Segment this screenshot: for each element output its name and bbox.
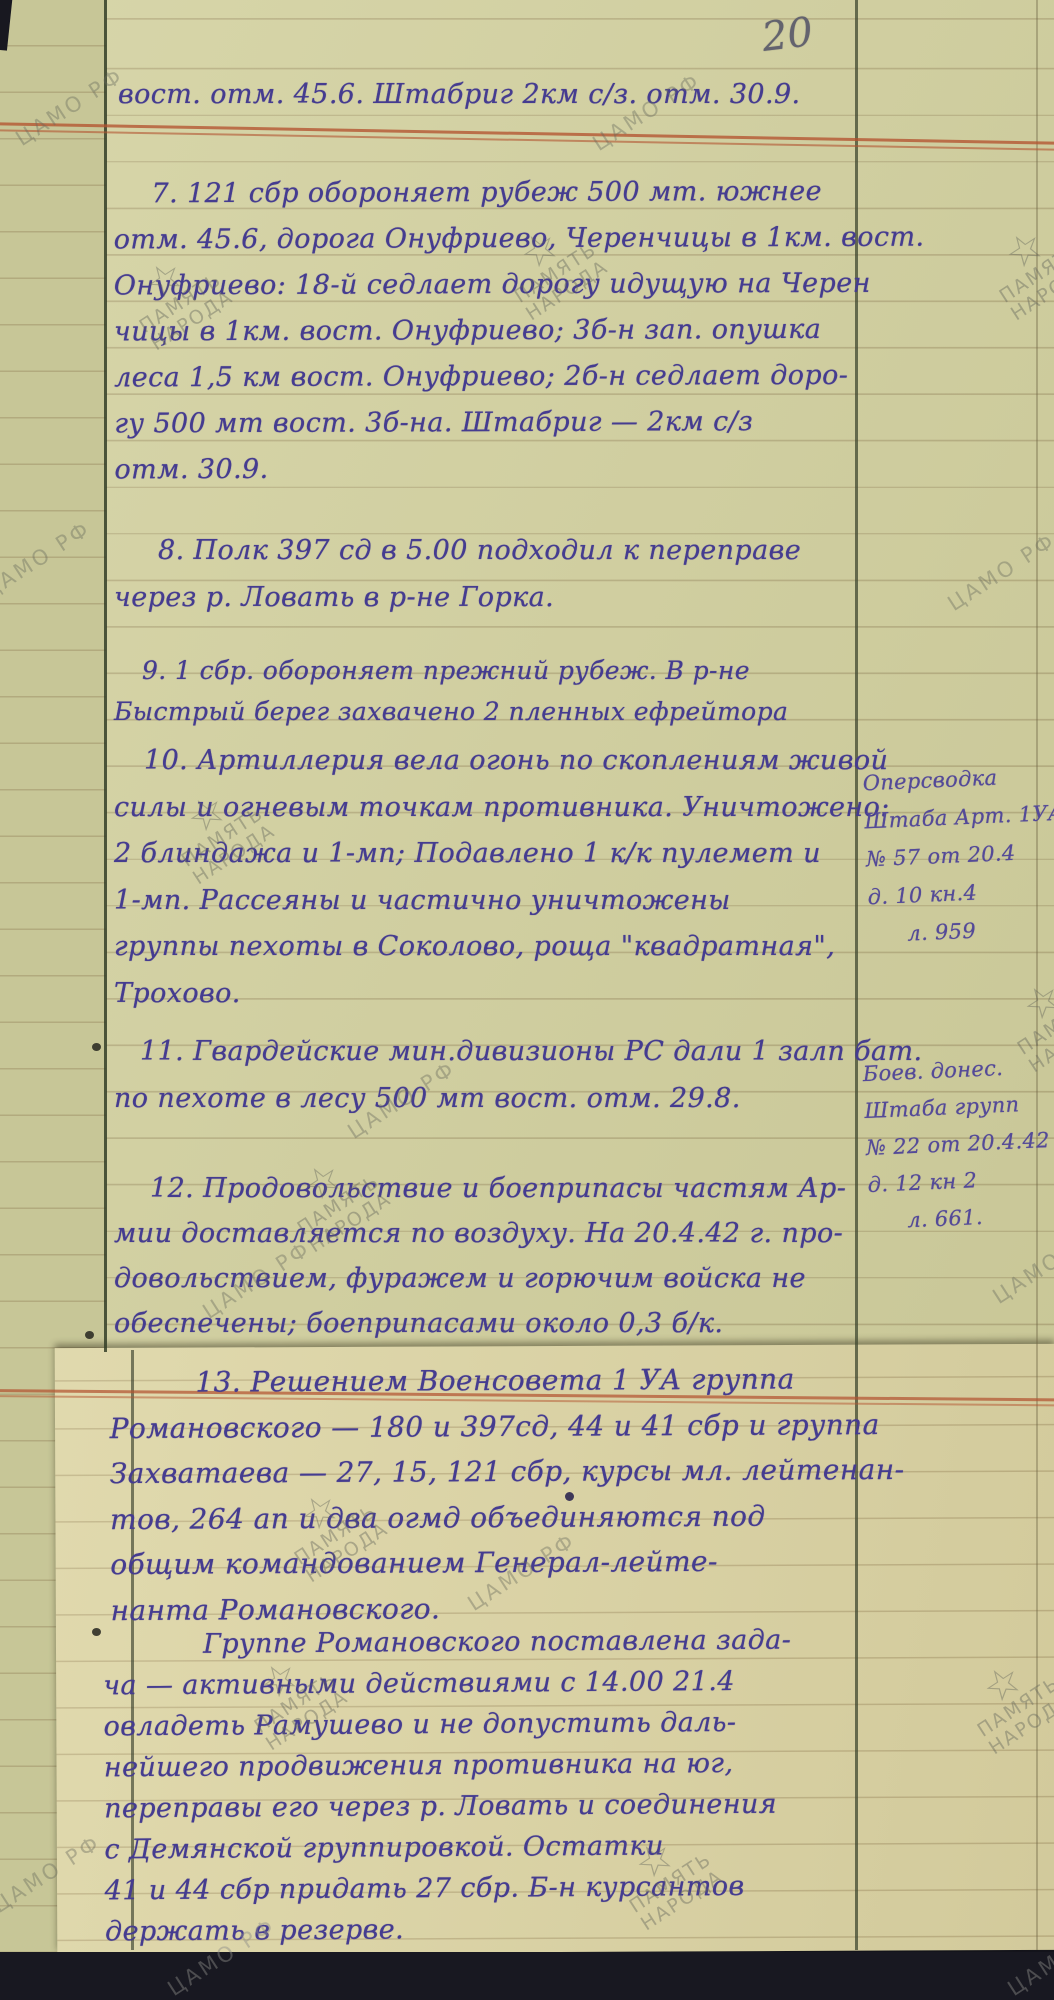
scanner-background-band xyxy=(0,1952,1054,2000)
paragraph-8: 8. Полк 397 сд в 5.00 подходил к перепра… xyxy=(114,527,801,621)
handwritten-line: ча — активными действиями с 14.00 21.4 xyxy=(103,1661,791,1707)
punch-hole xyxy=(92,1628,101,1636)
handwritten-line: переправы его через р. Ловать и соединен… xyxy=(104,1784,792,1830)
handwritten-line: Захватаева — 27, 15, 121 сбр, курсы мл. … xyxy=(110,1447,905,1497)
handwritten-line: леса 1,5 км вост. Онуфриево; 2б-н седлае… xyxy=(114,353,925,402)
handwritten-line: гу 500 мт вост. 3б-на. Штабриг — 2км с/з xyxy=(114,399,925,448)
gutter-rule-line xyxy=(104,0,107,1352)
handwritten-line: чицы в 1км. вост. Онуфриево; 3б-н зап. о… xyxy=(114,307,925,356)
handwritten-line: через р. Ловать в р-не Горка. xyxy=(114,574,801,621)
handwritten-line: 11. Гвардейские мин.дивизионы РС дали 1 … xyxy=(114,1028,923,1075)
margin-note-source-2: Боев. донес. Штаба групп № 22 от 20.4.42… xyxy=(862,1048,1054,1241)
handwritten-line: овладеть Рамушево и не допустить даль- xyxy=(103,1702,791,1748)
paragraph-7: 7. 121 сбр обороняет рубеж 500 мт. южнее… xyxy=(113,169,925,494)
scanned-document-page: 20 вост. отм. 45.6. Штабриг 2км с/з. отм… xyxy=(0,0,1054,2000)
handwritten-line: 7. 121 сбр обороняет рубеж 500 мт. южнее xyxy=(113,169,924,218)
handwritten-line: 1-мп. Рассеяны и частично уничтожены xyxy=(114,878,890,925)
page-number: 20 xyxy=(759,9,815,61)
margin-note-source-1: Оперсводка Штаба Арт. 1УА № 57 от 20.4 д… xyxy=(862,756,1054,955)
handwritten-line: мии доставляется по воздуху. На 20.4.42 … xyxy=(114,1211,846,1256)
handwritten-line: 13. Решением Военсовета 1 УА группа xyxy=(109,1356,904,1406)
handwritten-line: Штаба Арт. 1УА xyxy=(864,794,1054,841)
handwritten-line: 12. Продовольствие и боеприпасы частям А… xyxy=(114,1166,846,1211)
punch-hole xyxy=(92,1043,101,1051)
handwritten-line: группы пехоты в Соколово, роща "квадратн… xyxy=(114,924,890,971)
handwritten-line: Трохово. xyxy=(114,971,890,1018)
handwritten-line: Быстрый берег захвачено 2 пленных ефрейт… xyxy=(114,691,788,732)
handwritten-line: по пехоте в лесу 500 мт вост. отм. 29.8. xyxy=(114,1075,923,1122)
handwritten-line: Группе Романовского поставлена зада- xyxy=(103,1620,791,1666)
handwritten-line: 9. 1 сбр. обороняет прежний рубеж. В р-н… xyxy=(114,650,788,691)
handwritten-line: Романовского — 180 и 397сд, 44 и 41 сбр … xyxy=(110,1401,905,1451)
paragraph-11: 11. Гвардейские мин.дивизионы РС дали 1 … xyxy=(114,1028,923,1122)
handwritten-line: держать в резерве. xyxy=(105,1907,793,1953)
handwritten-line: 8. Полк 397 сд в 5.00 подходил к перепра… xyxy=(114,527,801,574)
punch-hole xyxy=(85,1331,94,1339)
handwritten-line: нейшего продвижения противника на юг, xyxy=(104,1743,792,1789)
paragraph-9: 9. 1 сбр. обороняет прежний рубеж. В р-н… xyxy=(114,650,788,732)
paragraph-12: 12. Продовольствие и боеприпасы частям А… xyxy=(114,1166,846,1346)
handwritten-line: отм. 30.9. xyxy=(114,445,925,494)
handwritten-line: тов, 264 ап и два огмд объединяются под xyxy=(110,1492,905,1542)
